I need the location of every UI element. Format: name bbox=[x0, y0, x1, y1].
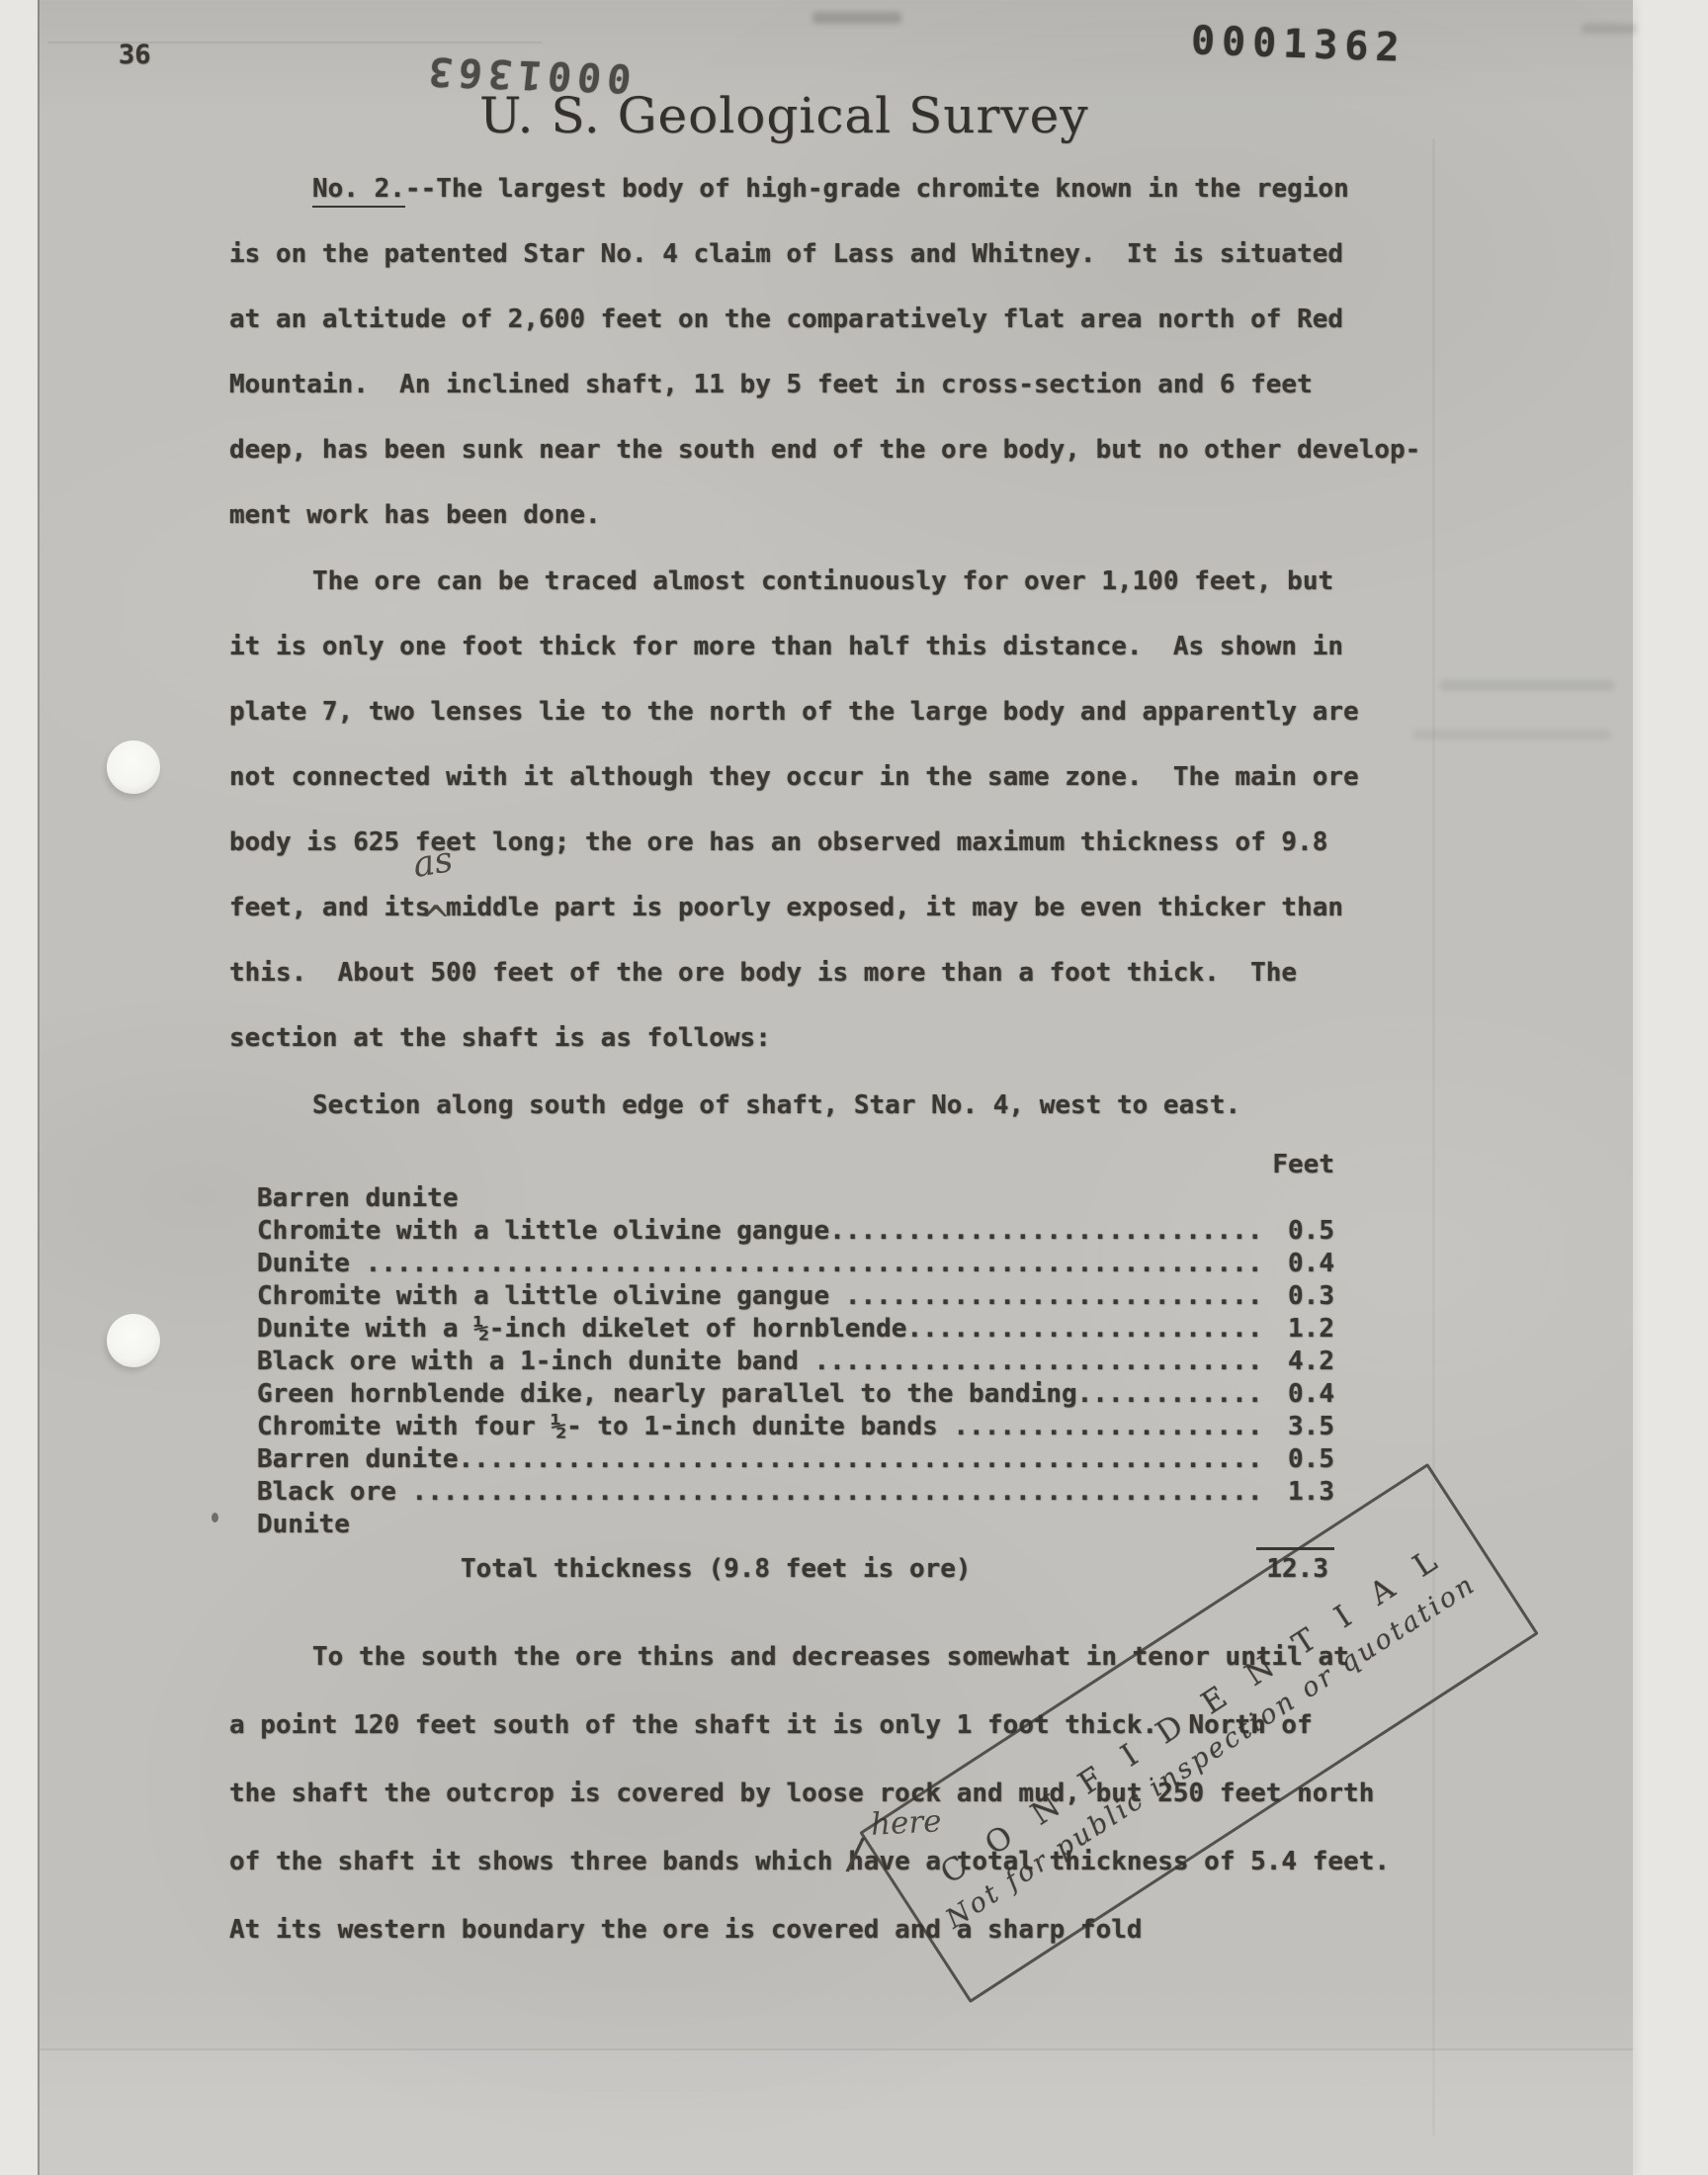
typed-line: At its western boundary the ore is cover… bbox=[229, 1896, 1504, 1964]
row-label: Dunite with a ½-inch dikelet of hornblen… bbox=[257, 1313, 906, 1346]
underlined-heading: No. 2. bbox=[312, 174, 405, 208]
dot-leader: ........................................… bbox=[953, 1411, 1265, 1443]
typed-line: section at the shaft is as follows: bbox=[229, 1005, 1504, 1071]
table-row: Green hornblende dike, nearly parallel t… bbox=[257, 1378, 1334, 1411]
table-row: Dunite bbox=[257, 1509, 1334, 1541]
row-value-feet: 0.5 bbox=[1265, 1443, 1334, 1476]
table-row: Barren dunite...........................… bbox=[257, 1443, 1334, 1476]
punch-hole-top bbox=[107, 740, 160, 794]
letterhead-title: U. S. Geological Survey bbox=[479, 87, 1088, 144]
table-row: Chromite with a little olivine gangue...… bbox=[257, 1215, 1334, 1248]
table-row: Barren dunite bbox=[257, 1182, 1334, 1215]
scan-smudge bbox=[1581, 24, 1637, 34]
typed-line: not connected with it although they occu… bbox=[229, 744, 1504, 810]
typed-line: deep, has been sunk near the south end o… bbox=[229, 417, 1504, 482]
row-label: Green hornblende dike, nearly parallel t… bbox=[257, 1378, 1077, 1411]
typed-line: plate 7, two lenses lie to the north of … bbox=[229, 679, 1504, 744]
row-value-feet: 4.2 bbox=[1265, 1346, 1334, 1378]
dot-leader: ........................................… bbox=[1077, 1378, 1265, 1411]
table-row: Black ore ..............................… bbox=[257, 1476, 1334, 1509]
dot-leader: ........................................… bbox=[845, 1280, 1265, 1313]
typed-line: The ore can be traced almost continuousl… bbox=[229, 549, 1504, 614]
row-label: Barren dunite bbox=[257, 1182, 459, 1215]
typed-line: at an altitude of 2,600 feet on the comp… bbox=[229, 287, 1504, 352]
paper-bottom-band bbox=[40, 2050, 1633, 2175]
dot-leader: ........................................… bbox=[412, 1476, 1265, 1509]
total-label: Total thickness (9.8 feet is ore) bbox=[461, 1550, 972, 1588]
row-value-feet: 0.4 bbox=[1265, 1378, 1334, 1411]
handwritten-insertion-as: as bbox=[410, 839, 456, 886]
typed-line: this. About 500 feet of the ore body is … bbox=[229, 940, 1504, 1005]
table-row: Chromite with a little olivine gangue ..… bbox=[257, 1280, 1334, 1313]
ghost-text-smudge bbox=[1413, 730, 1611, 739]
row-value-feet: 0.5 bbox=[1265, 1215, 1334, 1248]
row-label: Chromite with four ½- to 1-inch dunite b… bbox=[257, 1411, 953, 1443]
table-row: Dunite .................................… bbox=[257, 1248, 1334, 1280]
serial-number-stamp: 0001362 bbox=[1190, 18, 1407, 71]
row-value-feet: 1.2 bbox=[1265, 1313, 1334, 1346]
paragraph-2: The ore can be traced almost continuousl… bbox=[229, 549, 1504, 1071]
row-value-feet: 1.3 bbox=[1265, 1476, 1334, 1509]
paragraph-1: No. 2.--The largest body of high-grade c… bbox=[229, 156, 1504, 548]
scanner-background: 36 0001363 U. S. Geological Survey 00013… bbox=[0, 0, 1708, 2175]
row-label: Dunite bbox=[257, 1248, 366, 1280]
stray-ink-dot bbox=[212, 1513, 218, 1522]
section-caption: Section along south edge of shaft, Star … bbox=[229, 1073, 1504, 1138]
document-page: 36 0001363 U. S. Geological Survey 00013… bbox=[38, 0, 1633, 2175]
typed-line: is on the patented Star No. 4 claim of L… bbox=[229, 221, 1504, 287]
dot-leader: ........................................… bbox=[459, 1443, 1266, 1476]
row-label: Black ore bbox=[257, 1476, 412, 1509]
dot-leader: ........................................… bbox=[829, 1215, 1265, 1248]
dot-leader: ........................................… bbox=[906, 1313, 1265, 1346]
table-unit-header: Feet bbox=[257, 1149, 1334, 1181]
row-label: Chromite with a little olivine gangue bbox=[257, 1215, 829, 1248]
table-total-row: Total thickness (9.8 feet is ore) 12.3 bbox=[257, 1547, 1334, 1588]
section-table: Barren duniteChromite with a little oliv… bbox=[257, 1182, 1334, 1541]
page-number: 36 bbox=[119, 40, 151, 70]
row-label: Dunite bbox=[257, 1509, 350, 1541]
dot-leader: ........................................… bbox=[366, 1248, 1265, 1280]
punch-hole-bottom bbox=[107, 1314, 160, 1367]
row-value-feet: 0.4 bbox=[1265, 1248, 1334, 1280]
ghost-text-smudge bbox=[1440, 680, 1614, 691]
handwritten-caret: ^ bbox=[421, 898, 451, 946]
row-label: Black ore with a 1-inch dunite band bbox=[257, 1346, 814, 1378]
typed-line: ment work has been done. bbox=[229, 482, 1504, 548]
row-label: Barren dunite bbox=[257, 1443, 459, 1476]
row-value-feet: 3.5 bbox=[1265, 1411, 1334, 1443]
row-label: Chromite with a little olivine gangue bbox=[257, 1280, 845, 1313]
scan-smudge bbox=[812, 12, 901, 24]
typed-line: it is only one foot thick for more than … bbox=[229, 614, 1504, 679]
row-value-feet: 0.3 bbox=[1265, 1280, 1334, 1313]
table-row: Black ore with a 1-inch dunite band ....… bbox=[257, 1346, 1334, 1378]
typed-line: Mountain. An inclined shaft, 11 by 5 fee… bbox=[229, 352, 1504, 417]
dot-leader: ........................................… bbox=[814, 1346, 1265, 1378]
typed-line: No. 2.--The largest body of high-grade c… bbox=[229, 156, 1504, 221]
typed-line: Section along south edge of shaft, Star … bbox=[229, 1073, 1504, 1138]
table-row: Chromite with four ½- to 1-inch dunite b… bbox=[257, 1411, 1334, 1443]
table-row: Dunite with a ½-inch dikelet of hornblen… bbox=[257, 1313, 1334, 1346]
